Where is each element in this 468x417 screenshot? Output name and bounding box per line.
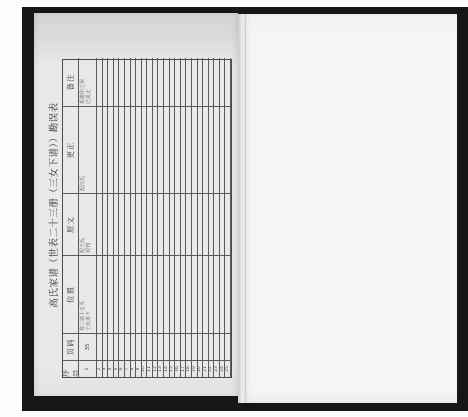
- errata-table: 序号 页码 位置 原文 更正 备注 1 35 卷三第十五页 王氏条下 配王氏 误…: [62, 59, 232, 378]
- col-header-page: 页码: [63, 333, 79, 360]
- entry-note-line2: 已更正: [86, 60, 92, 104]
- blank-facing-page: [246, 14, 457, 403]
- entry-original-line2: 误刊: [86, 196, 92, 253]
- col-header-location: 位置: [63, 255, 79, 333]
- row-index: 25: [225, 360, 231, 377]
- entry-page: 35: [79, 333, 97, 360]
- col-header-index: 序号: [63, 360, 79, 377]
- errata-page: 高氏家谱（世表二十三册（三女下谱））勘误表 序号 页码 位置 原文 更正 备注 …: [34, 13, 238, 396]
- empty-cell: [225, 255, 231, 333]
- entry-correction: 配汪氏: [79, 106, 97, 193]
- entry-original: 配王氏 误刊: [79, 193, 97, 255]
- entry-note: 系排印之误 已更正: [79, 58, 97, 106]
- col-header-original: 原文: [63, 193, 79, 255]
- empty-cell: [225, 193, 231, 255]
- entry-correction-line1: 配汪氏: [80, 109, 86, 191]
- empty-cell: [225, 106, 231, 193]
- col-header-note: 备注: [63, 58, 79, 106]
- empty-cell: [225, 58, 231, 106]
- page-crease: [238, 14, 246, 403]
- entry-location-line2: 王氏条下: [86, 258, 92, 331]
- entry-index: 1: [79, 360, 97, 377]
- col-header-correction: 更正: [63, 106, 79, 193]
- empty-cell: [225, 333, 231, 360]
- page-title: 高氏家谱（世表二十三册（三女下谱））勘误表: [46, 13, 60, 397]
- rotated-page-content: 高氏家谱（世表二十三册（三女下谱））勘误表 序号 页码 位置 原文 更正 备注 …: [34, 13, 237, 397]
- scanned-book-spread: 高氏家谱（世表二十三册（三女下谱））勘误表 序号 页码 位置 原文 更正 备注 …: [0, 0, 468, 417]
- entry-location: 卷三第十五页 王氏条下: [79, 255, 97, 333]
